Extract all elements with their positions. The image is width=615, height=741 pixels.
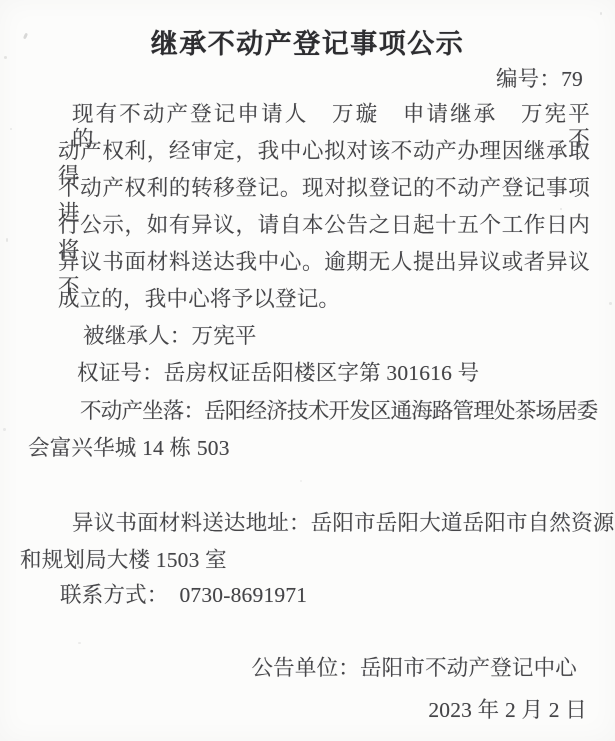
property-location-line: 会富兴华城 14 栋 503: [28, 436, 230, 461]
scan-speck: [300, 480, 302, 482]
scanned-notice-document: 继承不动产登记事项公示 编号：79 现有不动产登记申请人 万璇 申请继承 万宪平…: [0, 0, 615, 741]
body-paragraph-line: 成立的，我中心将予以登记。: [58, 287, 340, 312]
objection-address-line: 和规划局大楼 1503 室: [20, 548, 227, 573]
scan-speck: [78, 642, 81, 644]
doc-number: 编号：79: [496, 67, 583, 92]
certificate-number-line: 权证号：岳房权证岳阳楼区字第 301616 号: [77, 361, 479, 386]
decedent-line: 被继承人：万宪平: [83, 324, 257, 349]
contact-phone-line: 联系方式： 0730-8691971: [60, 583, 307, 608]
scan-speck: [560, 208, 562, 210]
notice-title: 继承不动产登记事项公示: [0, 22, 615, 61]
scan-speck: [600, 12, 602, 15]
scan-speck: [609, 302, 612, 305]
property-location-line: 不动产坐落：岳阳经济技术开发区通海路管理处茶场居委: [80, 399, 598, 424]
date-line: 2023 年 2 月 2 日: [428, 698, 587, 723]
scan-speck: [4, 56, 7, 59]
issuer-line: 公告单位：岳阳市不动产登记中心: [251, 656, 577, 681]
scan-speck: [10, 128, 12, 130]
objection-address-line: 异议书面材料送达地址：岳阳市岳阳大道岳阳市自然资源: [72, 511, 615, 536]
scan-speck: [3, 428, 6, 431]
scan-speck: [6, 238, 8, 242]
